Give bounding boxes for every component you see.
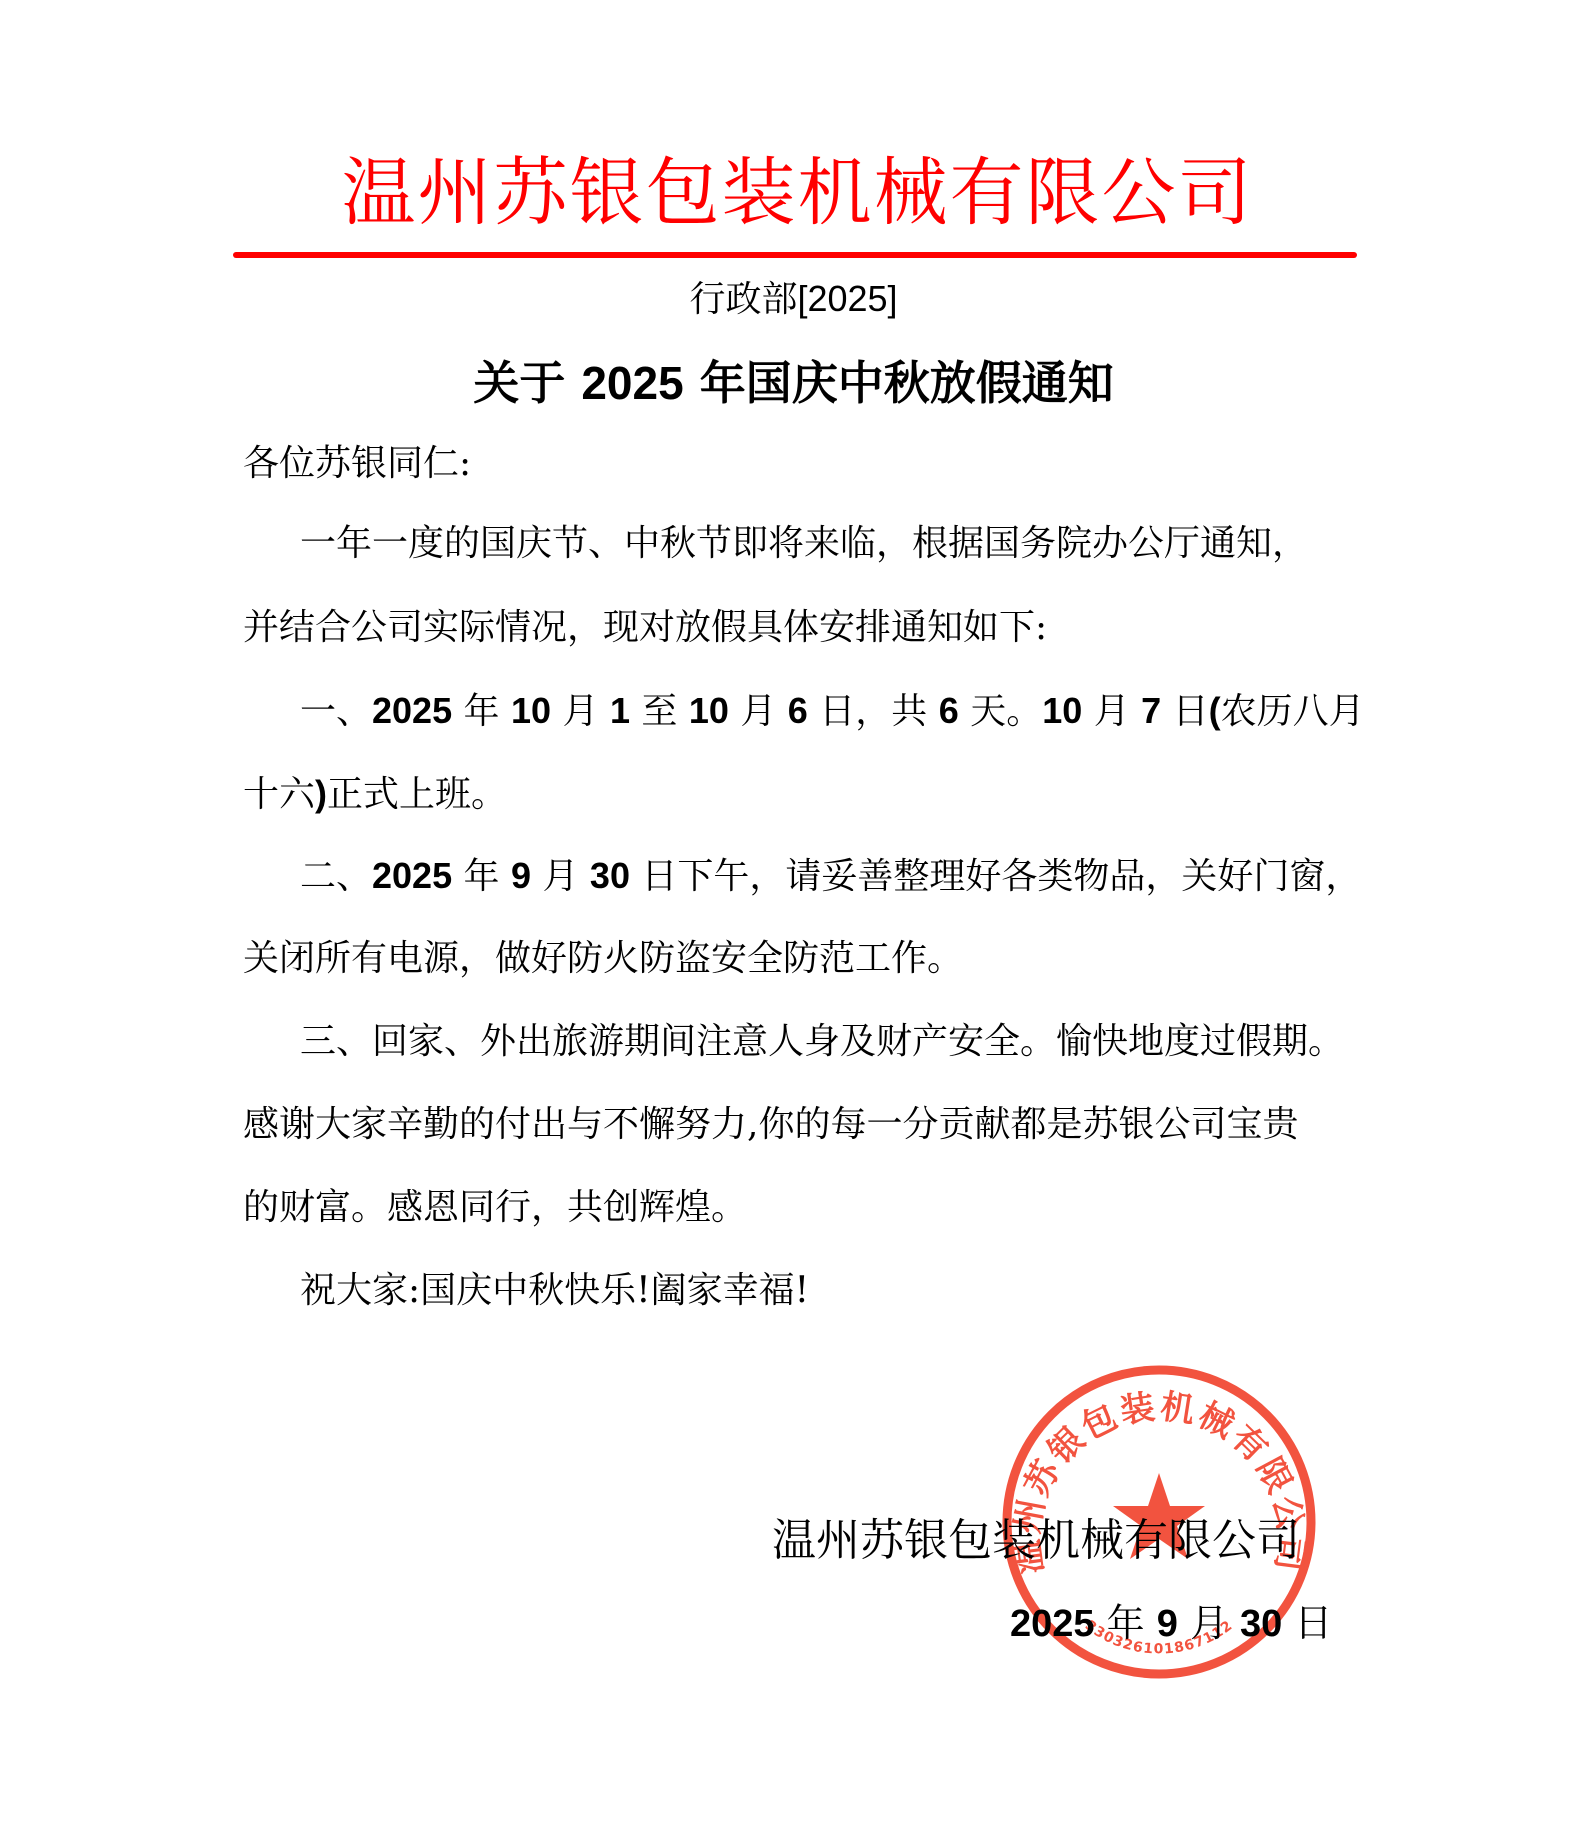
signature-date: 2025 年 9 月 30 日 [1010,1600,1332,1647]
letterhead-company-name: 温州苏银包装机械有限公司 [0,148,1587,238]
item-3-line-3: 的财富。感恩同行，共创辉煌。 [243,1186,747,1230]
intro-line-1: 一年一度的国庆节、中秋节即将来临，根据国务院办公厅通知， [300,522,1308,566]
item-2-line-2: 关闭所有电源，做好防火防盗安全防范工作。 [243,937,963,981]
intro-line-2: 并结合公司实际情况，现对放假具体安排通知如下: [243,606,1047,650]
doc-number-value: [2025] [797,278,897,319]
item-3-line-2: 感谢大家辛勤的付出与不懈努力,你的每一分贡献都是苏银公司宝贵 [243,1103,1298,1147]
item-1-line-1: 一、2025 年 10 月 1 至 10 月 6 日，共 6 天。10 月 7 … [300,689,1365,734]
title-year: 2025 [581,357,683,409]
letterhead-red-rule [233,252,1357,258]
document-title: 关于 2025 年国庆中秋放假通知 [0,355,1587,411]
title-post: 年国庆中秋放假通知 [700,356,1114,410]
closing-wishes: 祝大家:国庆中秋快乐!阖家幸福! [300,1269,809,1313]
doc-number-prefix: 行政部 [689,279,797,320]
signature-company-name: 温州苏银包装机械有限公司 [772,1515,1300,1567]
item-1-line-2: 十六)正式上班。 [243,772,507,817]
item-3-line-1: 三、回家、外出旅游期间注意人身及财产安全。愉快地度过假期。 [300,1020,1344,1064]
title-pre: 关于 [473,356,565,410]
document-number: 行政部[2025] [0,275,1587,324]
salutation: 各位苏银同仁: [243,442,471,486]
item-2-line-1: 二、2025 年 9 月 30 日下午，请妥善整理好各类物品，关好门窗， [300,854,1361,899]
